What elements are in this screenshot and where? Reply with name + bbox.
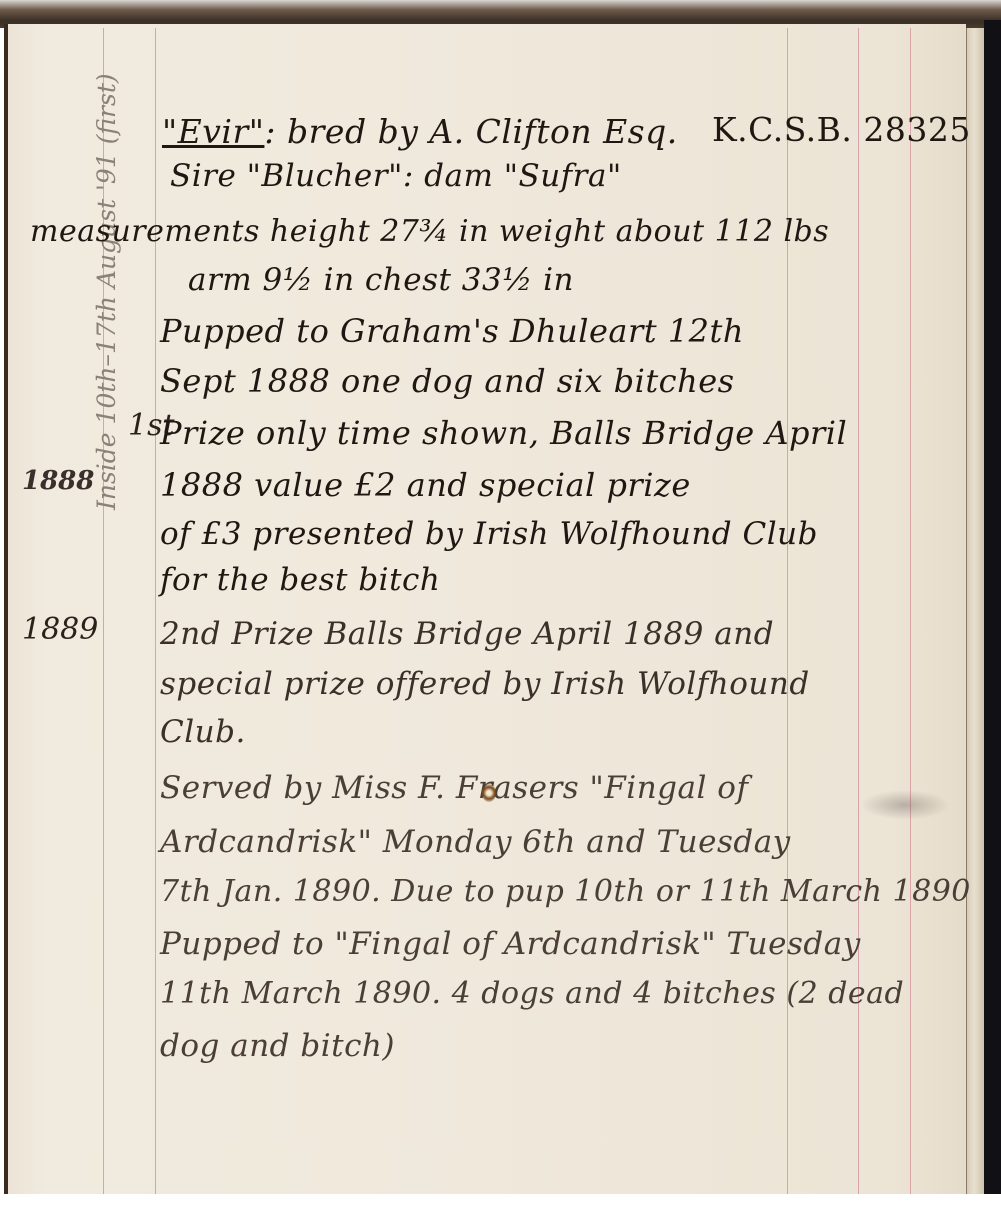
entry-line-7: 1888 value £2 and special prize: [160, 466, 691, 504]
breeder: : bred by A. Clifton Esq.: [264, 112, 677, 151]
book-binding-edge: [966, 28, 985, 1210]
entry-line-18: dog and bitch): [160, 1028, 395, 1064]
burn-mark: [482, 784, 496, 802]
dog-name: "Evir": [162, 112, 264, 151]
column-rule-1: [787, 28, 788, 1194]
entry-line-12: Club.: [160, 714, 246, 750]
page-bottom-margin: [0, 1194, 1001, 1210]
entry-line-11: special prize offered by Irish Wolfhound: [160, 666, 810, 702]
entry-line-16: Pupped to "Fingal of Ardcandrisk" Tuesda…: [160, 926, 861, 962]
entry-line-6: Prize only time shown, Balls Bridge Apri…: [160, 414, 847, 452]
pencil-margin-note: Inside 10th–17th August '91 (first): [92, 73, 121, 510]
book-cover: [984, 20, 1001, 1210]
entry-line-8: of £3 presented by Irish Wolfhound Club: [160, 516, 818, 552]
ink-smudge: [860, 790, 950, 820]
registry-number: K.C.S.B. 28325: [712, 110, 971, 149]
column-rule-3: [910, 28, 911, 1194]
entry-line-14: Ardcandrisk" Monday 6th and Tuesday: [160, 824, 791, 860]
entry-line-4: Pupped to Graham's Dhuleart 12th: [160, 312, 744, 350]
entry-line-13: Served by Miss F. Frasers "Fingal of: [160, 770, 748, 806]
entry-line-3: arm 9½ in chest 33½ in: [188, 262, 574, 298]
entry-line-9: for the best bitch: [160, 562, 440, 598]
entry-header: "Evir": bred by A. Clifton Esq.: [162, 112, 678, 151]
entry-line-1: Sire "Blucher": dam "Sufra": [170, 158, 622, 194]
column-rule-2: [858, 28, 859, 1194]
margin-year-1888: 1888: [22, 466, 94, 496]
entry-line-15: 7th Jan. 1890. Due to pup 10th or 11th M…: [160, 874, 971, 909]
entry-line-17: 11th March 1890. 4 dogs and 4 bitches (2…: [160, 976, 904, 1011]
margin-year-1889: 1889: [22, 612, 98, 647]
entry-line-10: 2nd Prize Balls Bridge April 1889 and: [160, 616, 774, 652]
ledger-page: [4, 24, 966, 1194]
entry-line-2: measurements height 27¾ in weight about …: [30, 214, 829, 249]
entry-line-5: Sept 1888 one dog and six bitches: [160, 362, 735, 400]
margin-rule-2: [155, 28, 156, 1194]
